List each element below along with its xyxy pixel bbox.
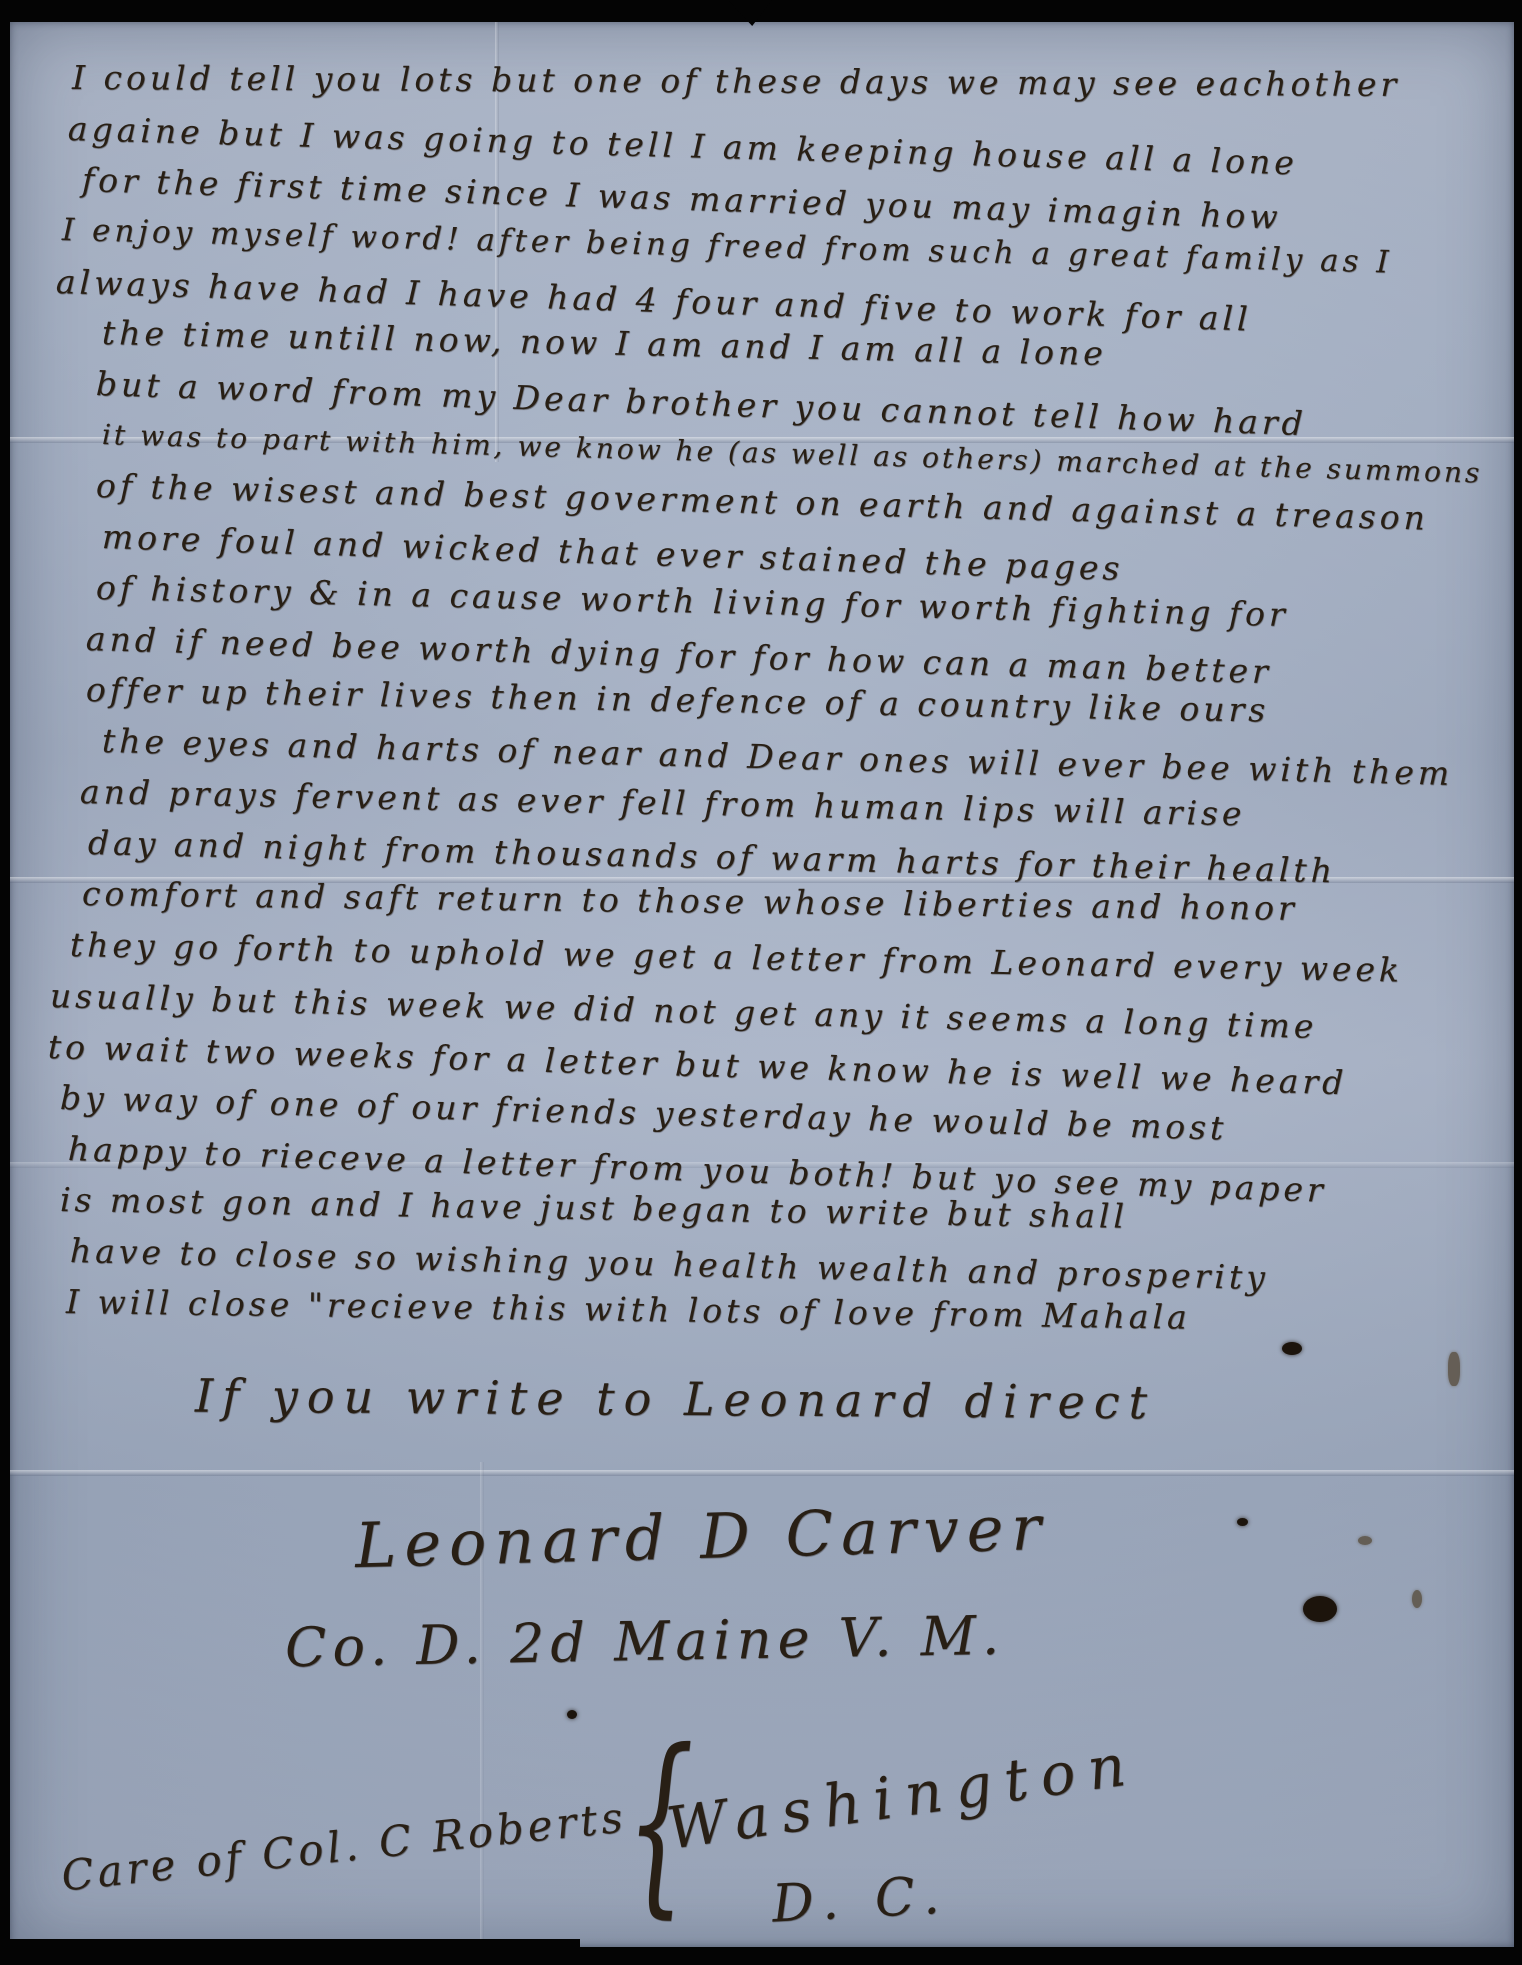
- ink-blot: [1282, 1342, 1302, 1355]
- ink-blot: [1303, 1596, 1337, 1622]
- fold-crease-horizontal-4: [10, 1470, 1514, 1476]
- scan-bottom-edge: [0, 1939, 580, 1965]
- ink-speck: [1358, 1536, 1372, 1545]
- address-district: D. C.: [771, 1865, 951, 1934]
- signature-unit: Co. D. 2d Maine V. M.: [285, 1604, 1006, 1680]
- letter-paper: I could tell you lots but one of these d…: [10, 22, 1514, 1947]
- closing-line: If you write to Leonard direct: [195, 1369, 1157, 1430]
- letter-line: I could tell you lots but one of these d…: [72, 52, 1514, 111]
- scanned-letter-page: I could tell you lots but one of these d…: [0, 0, 1522, 1965]
- signature-name: Leonard D Carver: [354, 1491, 1050, 1582]
- ink-speck: [1412, 1590, 1422, 1608]
- ink-dot: [567, 1710, 577, 1719]
- address-city: Washington: [663, 1729, 1143, 1862]
- ink-stain: [1448, 1352, 1460, 1386]
- letter-body: I could tell you lots but one of these d…: [10, 52, 1514, 1327]
- ink-blot: [1237, 1518, 1248, 1526]
- care-of-line: Care of Col. C Roberts: [59, 1792, 629, 1900]
